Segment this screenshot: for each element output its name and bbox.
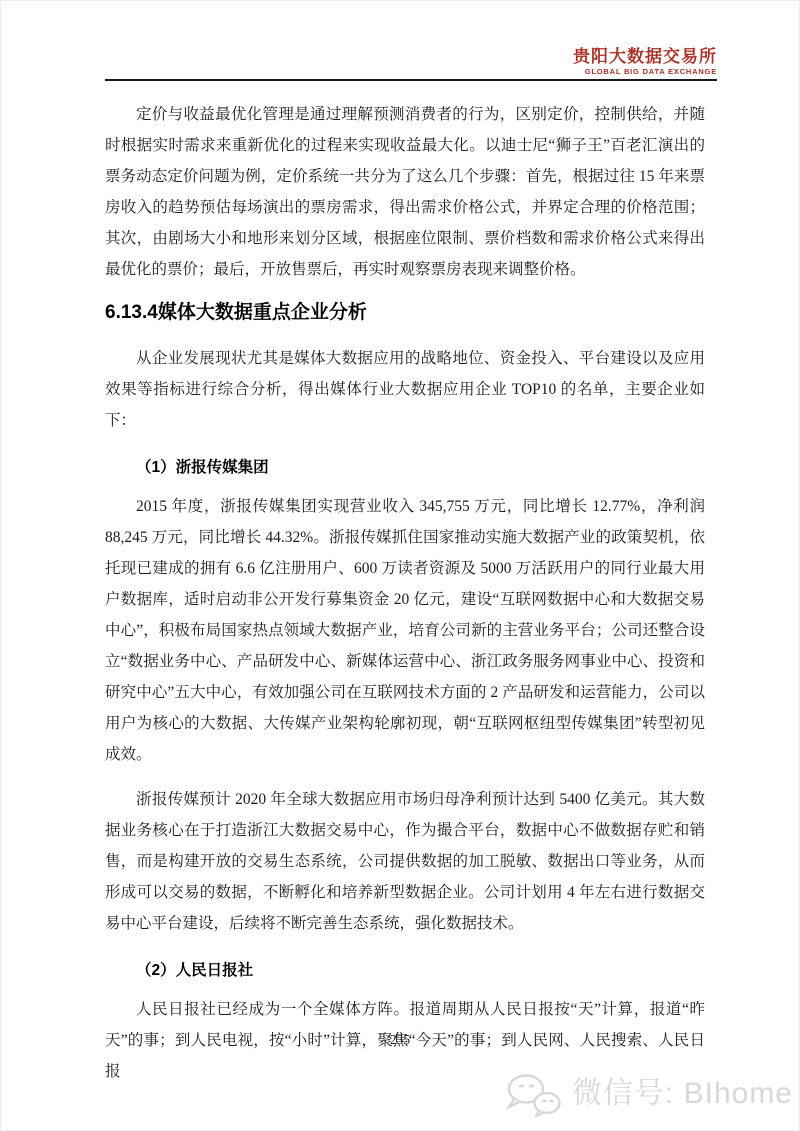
document-page: 贵阳大数据交易所 GLOBAL BIG DATA EXCHANGE 定价与收益最…	[0, 0, 800, 1131]
section-heading-6-13-4: 6.13.4媒体大数据重点企业分析	[105, 299, 705, 327]
page-number: 235	[1, 1032, 799, 1048]
watermark-label: 微信号: BIhome	[572, 1072, 793, 1116]
subsection-heading-peoples-daily: （2）人民日报社	[105, 955, 705, 986]
subsection-heading-zhebao: （1）浙报传媒集团	[105, 452, 705, 483]
watermark: 微信号: BIhome	[504, 1071, 793, 1117]
exchange-logo-english: GLOBAL BIG DATA EXCHANGE	[105, 67, 717, 76]
paragraph-pricing-optimization: 定价与收益最优化管理是通过理解预测消费者的行为，区别定价，控制供给，并随时根据实…	[105, 99, 705, 285]
wechat-icon	[504, 1071, 562, 1117]
paragraph-zhebao-revenue: 2015 年度，浙报传媒集团实现营业收入 345,755 万元，同比增长 12.…	[105, 491, 705, 770]
paragraph-top10-intro: 从企业发展现状尤其是媒体大数据应用的战略地位、资金投入、平台建设以及应用效果等指…	[105, 343, 705, 436]
paragraph-zhebao-forecast: 浙报传媒预计 2020 年全球大数据应用市场归母净利预计达到 5400 亿美元。…	[105, 784, 705, 939]
page-header: 贵阳大数据交易所 GLOBAL BIG DATA EXCHANGE	[105, 47, 717, 81]
document-content: 定价与收益最优化管理是通过理解预测消费者的行为，区别定价，控制供给，并随时根据实…	[105, 99, 705, 1087]
exchange-logo-chinese: 贵阳大数据交易所	[105, 47, 717, 67]
header-divider	[105, 79, 717, 81]
